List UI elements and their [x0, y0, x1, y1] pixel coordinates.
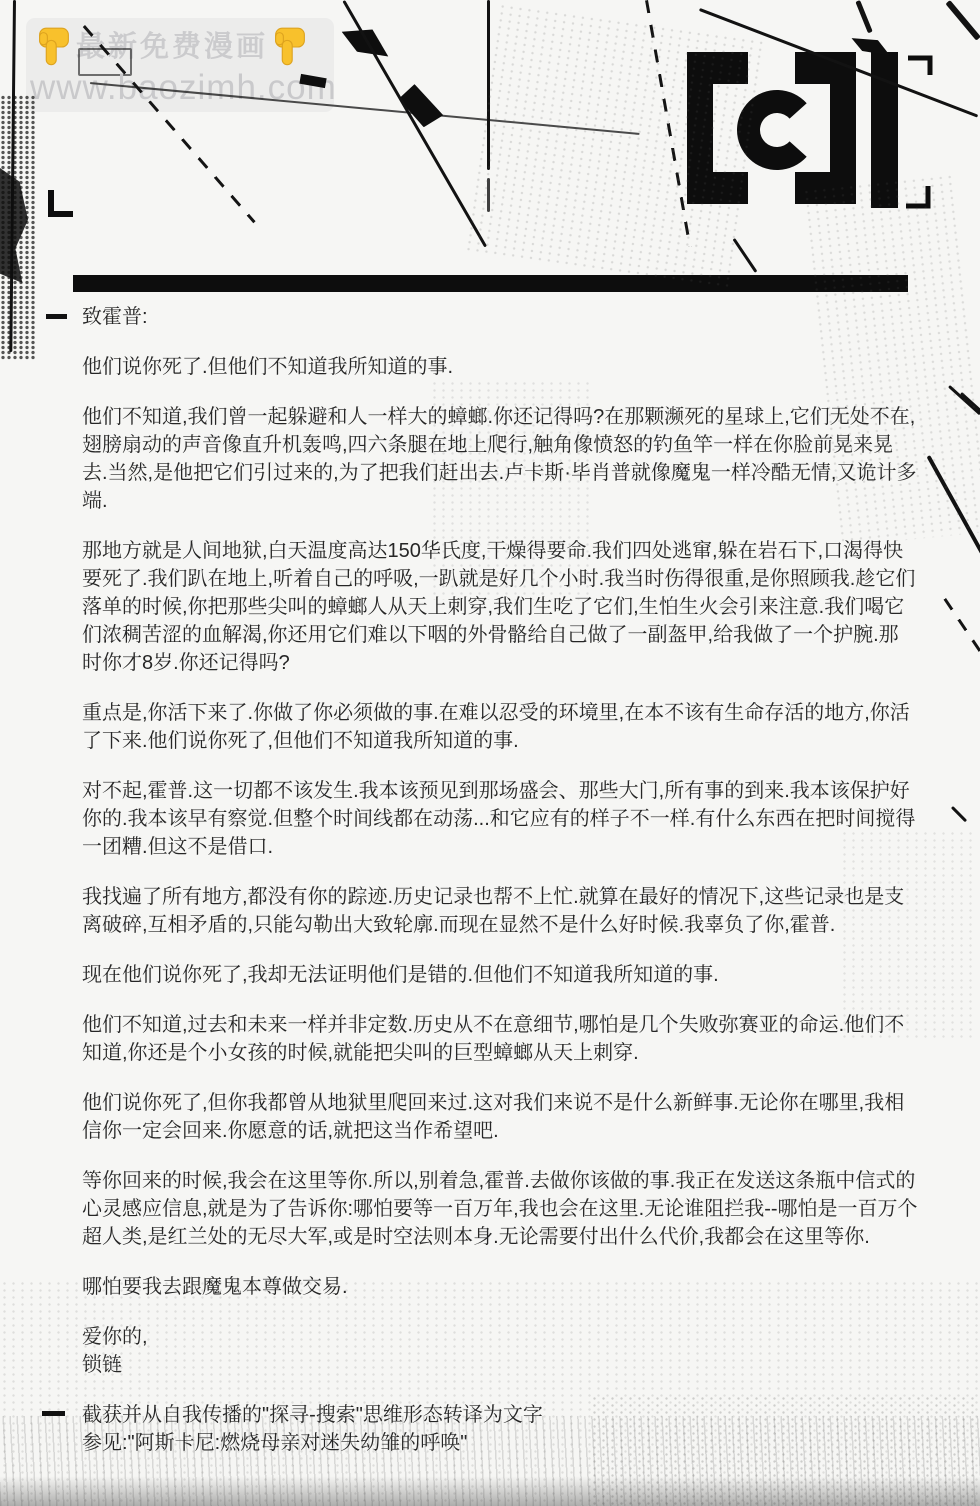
right-bracket-glyph	[795, 52, 856, 204]
salutation: 致霍普:	[82, 303, 918, 331]
scratch-mark	[944, 598, 980, 666]
letter-paragraph: 等你回来的时候,我会在这里等你.所以,别着急,霍普.去做你该做的事.我正在发送这…	[82, 1167, 918, 1251]
grunge-speckle	[464, 2, 766, 287]
scratch-mark	[945, 0, 980, 41]
corner-mark-left	[48, 190, 73, 217]
grunge-smudge	[0, 1476, 980, 1506]
point-down-icon	[36, 26, 72, 68]
comic-letter-page: 最新免费漫画 www.baozimh.com 致霍普: 他们说你死了.但他	[0, 0, 980, 1506]
scratch-mark	[342, 0, 487, 247]
letter-paragraph: 对不起,霍普.这一切都不该发生.我本该预见到那场盛会、那些大门,所有事的到来.我…	[82, 777, 918, 861]
grunge-speckle	[840, 830, 975, 1040]
dash-marker	[46, 314, 67, 319]
grunge-blob	[394, 82, 449, 133]
scratch-mark	[951, 806, 967, 822]
scratch-mark	[855, 0, 872, 33]
watermark: 最新免费漫画 www.baozimh.com	[26, 18, 334, 112]
corner-tick-top	[908, 58, 930, 75]
divider-bar	[73, 275, 908, 292]
letter-paragraph: 他们说你死了.但他们不知道我所知道的事.	[82, 353, 918, 381]
letter-paragraph: 现在他们说你死了,我却无法证明他们是错的.但他们不知道我所知道的事.	[82, 961, 918, 989]
grunge-speckle	[430, 380, 590, 600]
letter-paragraph: 他们不知道,过去和未来一样并非定数.历史从不在意细节,哪怕是几个失败弥赛亚的命运…	[82, 1011, 918, 1067]
letter-paragraph: 他们说你死了,但你我都曾从地狱里爬回来过.这对我们来说不是什么新鲜事.无论你在哪…	[82, 1089, 918, 1145]
letter-paragraph: 重点是,你活下来了.你做了你必须做的事.在难以忍受的环境里,在本不该有生命存活的…	[82, 699, 918, 755]
point-down-icon	[272, 26, 308, 68]
letter-paragraph: 我找遍了所有地方,都没有你的踪迹.历史记录也帮不上忙.就算在最好的情况下,这些记…	[82, 883, 918, 939]
watermark-title-row: 最新免费漫画	[36, 26, 308, 68]
salutation-text: 致霍普:	[82, 306, 148, 328]
